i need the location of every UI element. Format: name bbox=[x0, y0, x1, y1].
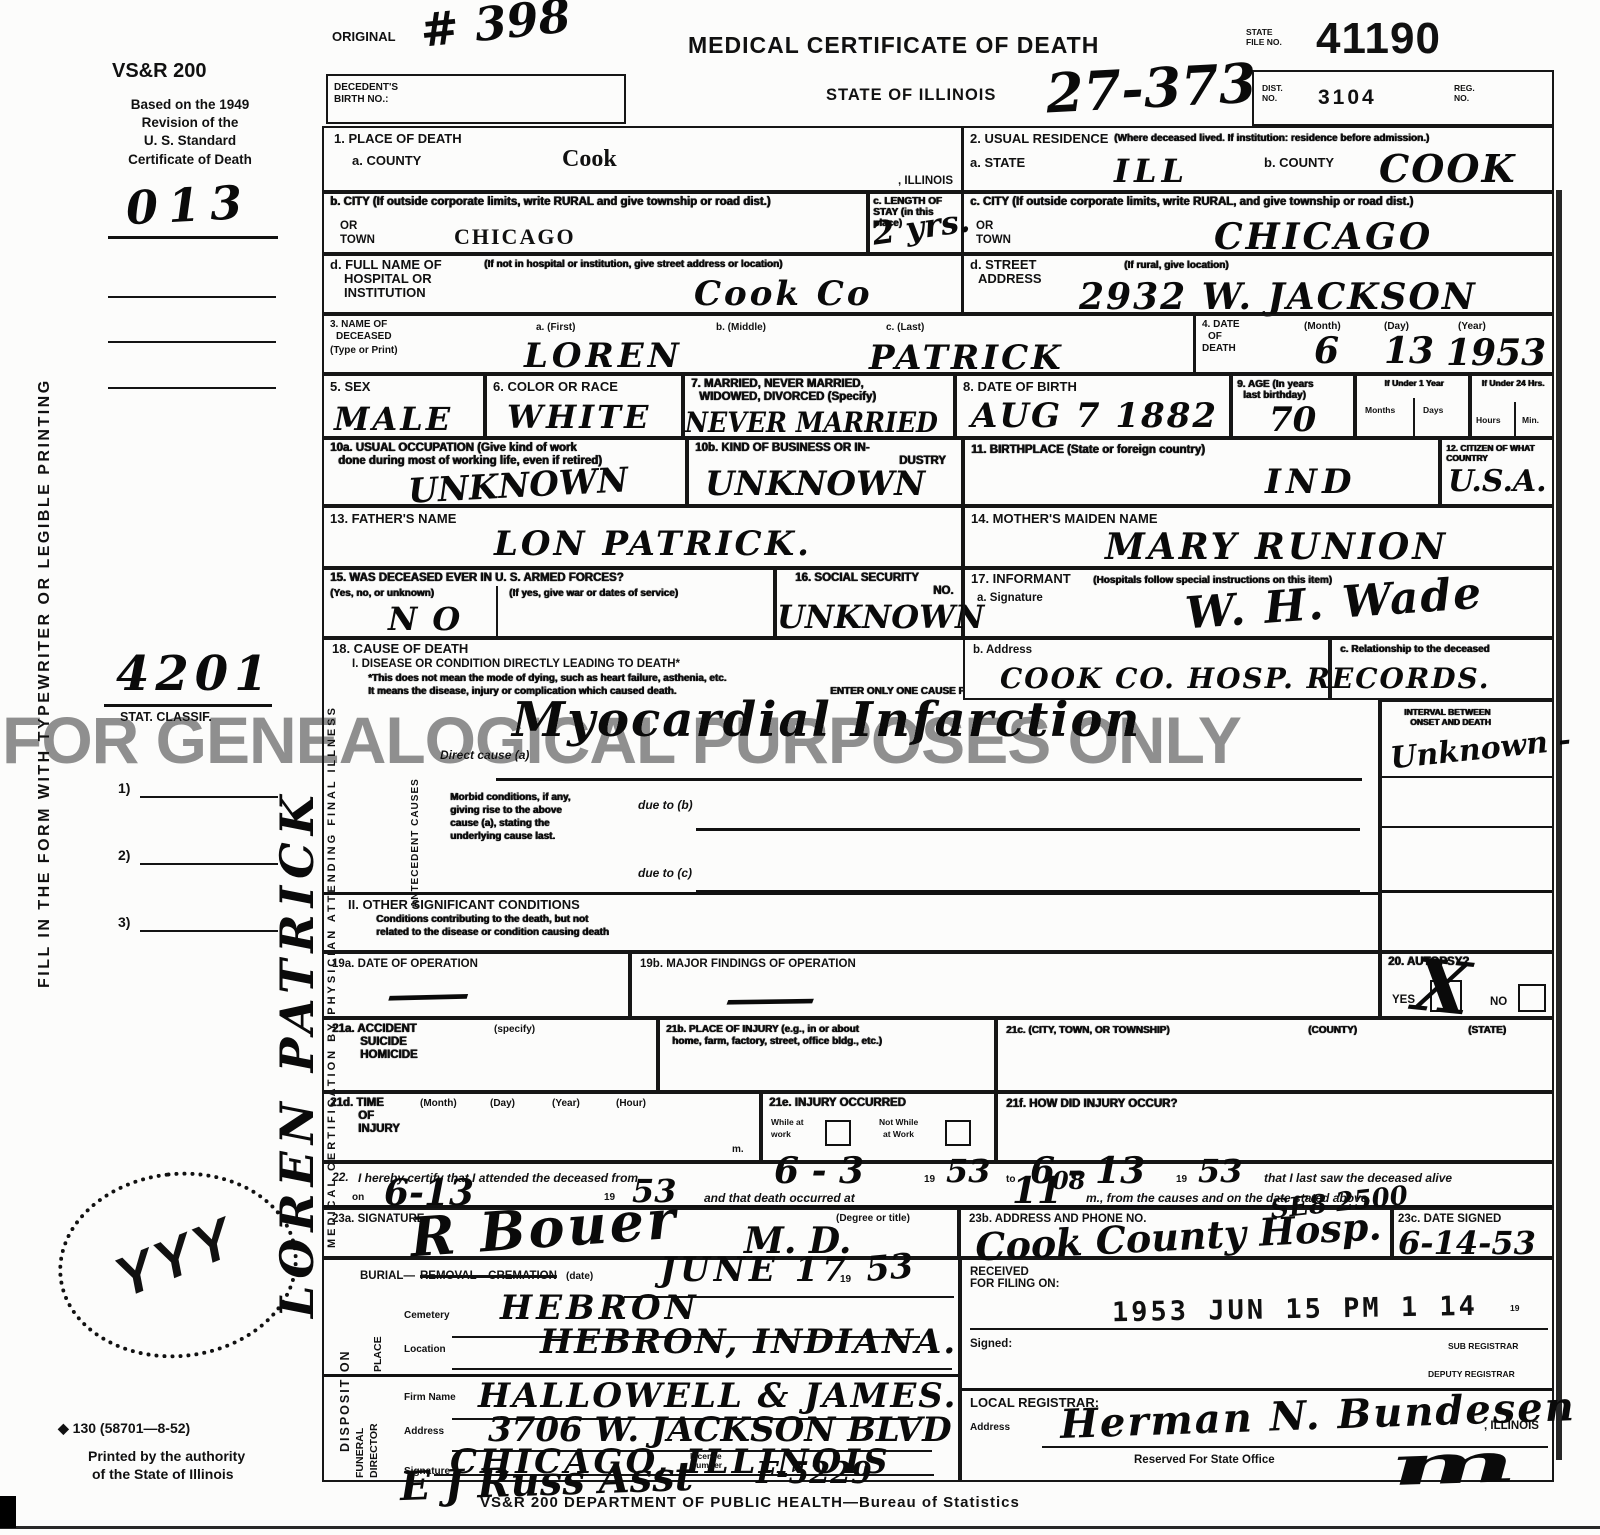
original-label: ORIGINAL bbox=[332, 30, 396, 45]
other-conditions-note-2: related to the disease or condition caus… bbox=[376, 927, 609, 938]
occupation-label-1: 10a. USUAL OCCUPATION (Give kind of work bbox=[330, 442, 577, 455]
other-conditions-note-1: Conditions contributing to the death, bu… bbox=[376, 914, 588, 925]
revision-line-4: Certificate of Death bbox=[88, 151, 292, 169]
blank-line bbox=[140, 796, 278, 798]
cause-title: 18. CAUSE OF DEATH bbox=[332, 642, 468, 657]
place-city-cell: b. CITY (If outside corporate limits, wr… bbox=[322, 192, 868, 254]
certify-year-b: 53 bbox=[1198, 1152, 1243, 1190]
divider bbox=[1413, 398, 1415, 436]
morbid-note-3: cause (a), stating the bbox=[450, 818, 549, 829]
certify-text-3: and that death occurred at bbox=[704, 1191, 855, 1205]
residence-note: (Where deceased lived. If institution: r… bbox=[1114, 133, 1544, 144]
birthplace-value: IND bbox=[1265, 462, 1356, 502]
divider bbox=[1514, 402, 1516, 436]
dod-year-value: 1953 bbox=[1446, 332, 1546, 374]
interval-line-a bbox=[1382, 776, 1552, 778]
injury-county-header: (COUNTY) bbox=[1308, 1025, 1357, 1036]
reg-label-2: NO. bbox=[1454, 94, 1469, 103]
accident-label-1: 21a. ACCIDENT bbox=[332, 1023, 417, 1036]
industry-cell: 10b. KIND OF BUSINESS OR IN- DUSTRY UNKN… bbox=[687, 438, 963, 506]
revision-note: Based on the 1949 Revision of the U. S. … bbox=[88, 96, 292, 169]
birth-no-label-1: DECEDENT'S bbox=[334, 82, 398, 93]
place-county-value: Cook bbox=[562, 146, 617, 173]
filing-stamp-suffix: 19 bbox=[1510, 1304, 1519, 1313]
citizen-label-1: 12. CITIZEN OF WHAT bbox=[1446, 444, 1535, 453]
informant-address-label: b. Address bbox=[973, 644, 1032, 657]
occupation-value: UNKNOWN bbox=[407, 460, 629, 511]
receipt-stamp-text: YYY bbox=[105, 1203, 244, 1310]
certify-year-a: 53 bbox=[946, 1152, 991, 1190]
blank-line bbox=[104, 704, 272, 707]
name-label-3: (Type or Print) bbox=[330, 345, 398, 356]
mother-name-cell: 14. MOTHER'S MAIDEN NAME MARY RUNION bbox=[963, 506, 1554, 568]
reserved-label: Reserved For State Office bbox=[1134, 1454, 1275, 1467]
how-injury-label: 21f. HOW DID INJURY OCCUR? bbox=[1006, 1098, 1177, 1111]
date-signed-cell: 23c. DATE SIGNED 6-14-53 bbox=[1392, 1208, 1554, 1258]
injury-city-header: 21c. (CITY, TOWN, OR TOWNSHIP) bbox=[1006, 1025, 1170, 1036]
days-label: Days bbox=[1423, 406, 1443, 415]
birthplace-cell: 11. BIRTHPLACE (State or foreign country… bbox=[963, 438, 1440, 506]
place-or-label: OR bbox=[340, 220, 357, 233]
antecedent-causes-vertical: ANTECEDENT CAUSES bbox=[410, 778, 421, 908]
funeral-vertical-2: DIRECTOR bbox=[368, 1423, 380, 1478]
direct-cause-label: Direct cause (a) bbox=[440, 748, 529, 762]
residence-city-label: c. CITY (If outside corporate limits, wr… bbox=[970, 196, 1530, 209]
registrar-address-label: Address bbox=[970, 1422, 1010, 1433]
dod-label-1: 4. DATE bbox=[1202, 319, 1240, 330]
blank-line bbox=[108, 296, 276, 298]
relationship-label: c. Relationship to the deceased bbox=[1340, 644, 1540, 655]
interval-column: INTERVAL BETWEEN ONSET AND DEATH Unknown… bbox=[1380, 700, 1554, 952]
citizen-cell: 12. CITIZEN OF WHAT COUNTRY U.S.A. bbox=[1440, 438, 1554, 506]
revision-line-2: Revision of the bbox=[88, 114, 292, 132]
interval-line-c bbox=[1382, 890, 1552, 893]
location-value: HEBRON, INDIANA. bbox=[540, 1322, 957, 1362]
armed-forces-label: 15. WAS DECEASED EVER IN U. S. ARMED FOR… bbox=[330, 572, 624, 585]
certify-text-2: that I last saw the deceased alive bbox=[1264, 1171, 1452, 1185]
mother-label: 14. MOTHER'S MAIDEN NAME bbox=[971, 512, 1158, 527]
ssn-label-1: 16. SOCIAL SECURITY bbox=[795, 572, 919, 585]
name-of-deceased-cell: 3. NAME OF DECEASED (Type or Print) a. (… bbox=[322, 314, 1195, 374]
blank-item-1: 1) bbox=[118, 780, 130, 796]
date-of-operation-cell: 19a. DATE OF OPERATION — bbox=[322, 952, 630, 1018]
residence-state-label: a. STATE bbox=[970, 156, 1025, 171]
sex-label: 5. SEX bbox=[330, 380, 370, 395]
date-of-birth-cell: 8. DATE OF BIRTH AUG 7 1882 bbox=[955, 374, 1231, 438]
morbid-note-1: Morbid conditions, if any, bbox=[450, 792, 570, 803]
race-cell: 6. COLOR OR RACE WHITE bbox=[485, 374, 683, 438]
dod-label-3: DEATH bbox=[1202, 343, 1236, 354]
informant-address-value: COOK CO. HOSP. RECORDS. bbox=[1000, 662, 1490, 695]
marital-label-1: 7. MARRIED, NEVER MARRIED, bbox=[691, 378, 864, 391]
citizen-label-2: COUNTRY bbox=[1446, 454, 1488, 463]
injury-m-label: m. bbox=[732, 1144, 744, 1155]
father-value: LON PATRICK. bbox=[494, 524, 812, 564]
direct-cause-line bbox=[496, 778, 1362, 781]
accident-label-3: HOMICIDE bbox=[360, 1049, 418, 1062]
injury-year-header: (Year) bbox=[552, 1098, 580, 1109]
state-of-illinois: STATE OF ILLINOIS bbox=[826, 86, 996, 105]
dist-label-1: DIST. bbox=[1262, 84, 1283, 93]
birth-no-label-2: BIRTH NO.: bbox=[334, 94, 388, 105]
license-value: F-5229 bbox=[756, 1456, 872, 1491]
printed-by-line-1: Printed by the authority bbox=[88, 1448, 245, 1464]
place-town-label: TOWN bbox=[340, 234, 375, 247]
residence-county-label: b. COUNTY bbox=[1264, 156, 1334, 171]
interval-label-2: ONSET AND DEATH bbox=[1410, 718, 1491, 727]
section-divider bbox=[324, 892, 1378, 895]
occupation-cell: 10a. USUAL OCCUPATION (Give kind of work… bbox=[322, 438, 687, 506]
date-of-operation-label: 19a. DATE OF OPERATION bbox=[332, 958, 478, 971]
morbid-note-4: underlying cause last. bbox=[450, 831, 555, 842]
margin-name-vertical: LOREN PATRICK bbox=[270, 788, 324, 1318]
morbid-note-2: giving rise to the above bbox=[450, 805, 562, 816]
injury-hour-header: (Hour) bbox=[616, 1098, 646, 1109]
blank-item-2: 2) bbox=[118, 847, 130, 863]
other-conditions-title: II. OTHER SIGNIFICANT CONDITIONS bbox=[348, 898, 580, 913]
dist-label-2: NO. bbox=[1262, 94, 1277, 103]
race-label: 6. COLOR OR RACE bbox=[493, 380, 618, 395]
name-label-1: 3. NAME OF bbox=[330, 319, 387, 330]
place-vertical: PLACE bbox=[372, 1336, 384, 1372]
certify-19-b: 19 bbox=[1176, 1174, 1187, 1185]
dist-number: 3104 bbox=[1318, 86, 1377, 110]
decedent-birth-no-box: DECEDENT'S BIRTH NO.: bbox=[326, 74, 626, 124]
autopsy-no-checkbox[interactable] bbox=[1518, 984, 1546, 1012]
street-value: 2932 W. JACKSON bbox=[1079, 276, 1477, 318]
time-of-injury-label-1: 21d. TIME bbox=[330, 1097, 384, 1110]
injury-location-cell: 21c. (CITY, TOWN, OR TOWNSHIP) (COUNTY) … bbox=[996, 1018, 1554, 1092]
place-county-label: a. COUNTY bbox=[352, 154, 421, 169]
divider bbox=[496, 586, 498, 638]
months-label: Months bbox=[1365, 406, 1395, 415]
findings-value: — bbox=[720, 975, 820, 1023]
marital-value: NEVER MARRIED bbox=[685, 406, 938, 439]
age-cell: 9. AGE (In years last birthday) 70 bbox=[1231, 374, 1355, 438]
sub-registrar-label: SUB REGISTRAR bbox=[1448, 1342, 1518, 1351]
received-label-2: FOR FILING ON: bbox=[970, 1278, 1059, 1291]
injury-occurred-label: 21e. INJURY OCCURRED bbox=[769, 1097, 906, 1110]
district-box: DIST. NO. 3104 REG. NO. bbox=[1252, 70, 1554, 126]
dod-year-header: (Year) bbox=[1458, 321, 1486, 332]
race-value: WHITE bbox=[507, 398, 651, 436]
under-24-hrs-label: If Under 24 Hrs. bbox=[1475, 379, 1551, 388]
birthplace-label: 11. BIRTHPLACE (State or foreign country… bbox=[971, 444, 1205, 457]
scan-corner-artifact bbox=[0, 1496, 16, 1528]
place-of-death-cell: 1. PLACE OF DEATH a. COUNTY Cook , ILLIN… bbox=[322, 126, 963, 192]
due-to-c-label: due to (c) bbox=[638, 866, 692, 880]
while-at-work-label-2: work bbox=[771, 1130, 791, 1139]
marital-status-cell: 7. MARRIED, NEVER MARRIED, WIDOWED, DIVO… bbox=[683, 374, 955, 438]
certify-on-word: on bbox=[352, 1192, 364, 1203]
citizen-value: U.S.A. bbox=[1448, 464, 1547, 499]
under-1-year-cell: If Under 1 Year Months Days bbox=[1355, 374, 1470, 438]
age-label-1: 9. AGE (In years bbox=[1237, 379, 1313, 390]
armed-forces-value: N O bbox=[388, 600, 462, 638]
dod-label-2: OF bbox=[1208, 331, 1222, 342]
name-label-2: DECEASED bbox=[336, 331, 392, 342]
state-file-number: 41190 bbox=[1316, 14, 1441, 64]
cemetery-label: Cemetery bbox=[404, 1310, 450, 1321]
place-of-injury-label-2: home, farm, factory, street, office bldg… bbox=[672, 1036, 882, 1047]
place-of-injury-label-1: 21b. PLACE OF INJURY (e.g., in or about bbox=[666, 1024, 859, 1035]
blank-line bbox=[140, 863, 278, 865]
middle-name-header: b. (Middle) bbox=[716, 322, 766, 333]
findings-cell: 19b. MAJOR FINDINGS OF OPERATION — bbox=[630, 952, 1380, 1018]
print-code: ◆ 130 (58701—8-52) bbox=[58, 1420, 190, 1437]
certify-from-date: 6 - 3 bbox=[774, 1150, 864, 1192]
certify-number: 22. bbox=[332, 1170, 349, 1184]
state-file-label-2: FILE NO. bbox=[1246, 38, 1282, 47]
place-illinois: , ILLINOIS bbox=[898, 175, 953, 188]
usual-residence-cell: 2. USUAL RESIDENCE (Where deceased lived… bbox=[962, 126, 1554, 192]
direct-cause-value: Myocardial Infarction bbox=[512, 692, 1141, 748]
time-of-injury-label-2: OF bbox=[358, 1110, 374, 1123]
cause-part1: I. DISEASE OR CONDITION DIRECTLY LEADING… bbox=[352, 658, 680, 671]
state-file-label-1: STATE bbox=[1246, 28, 1273, 37]
license-label-2: Number bbox=[690, 1461, 722, 1470]
street-address-cell: d. STREET ADDRESS (If rural, give locati… bbox=[962, 254, 1554, 314]
receipt-stamp-circle: YYY bbox=[49, 1160, 307, 1370]
injury-state-header: (STATE) bbox=[1468, 1025, 1506, 1036]
ssn-cell: 16. SOCIAL SECURITY NO. UNKNOWN bbox=[775, 568, 963, 638]
place-city-label: b. CITY (If outside corporate limits, wr… bbox=[330, 196, 860, 209]
sex-value: MALE bbox=[334, 400, 453, 438]
filing-line bbox=[970, 1328, 1548, 1330]
revision-line-3: U. S. Standard bbox=[88, 132, 292, 150]
dod-month-value: 6 bbox=[1314, 330, 1339, 372]
form-code: VS&R 200 bbox=[112, 60, 207, 83]
dob-value: AUG 7 1882 bbox=[971, 396, 1218, 436]
informant-label: 17. INFORMANT bbox=[971, 572, 1071, 587]
interval-line-b bbox=[1382, 826, 1552, 828]
first-name-value: LOREN bbox=[524, 336, 683, 376]
handwritten-registration-number: 27-373 bbox=[1044, 51, 1257, 126]
handwritten-doc-number: # 398 bbox=[418, 0, 573, 58]
date-of-operation-value: — bbox=[381, 970, 474, 1019]
death-certificate-sheet: FOR GENEALOGICAL PURPOSES ONLY VS&R 200 … bbox=[0, 0, 1600, 1535]
sex-cell: 5. SEX MALE bbox=[322, 374, 485, 438]
handwritten-code-013: 013 bbox=[125, 175, 254, 236]
residence-city-cell: c. CITY (If outside corporate limits, wr… bbox=[962, 192, 1554, 254]
while-at-work-label-1: While at bbox=[771, 1118, 804, 1127]
blank-line bbox=[140, 930, 278, 932]
informant-signature-label: a. Signature bbox=[977, 592, 1043, 605]
hospital-label-3: INSTITUTION bbox=[344, 286, 426, 301]
signed-label: Signed: bbox=[970, 1338, 1012, 1351]
funeral-vertical-1: FUNERAL bbox=[354, 1428, 366, 1478]
disposition-vertical: DISPOSITION bbox=[338, 1349, 352, 1452]
informant-cell: 17. INFORMANT (Hospitals follow special … bbox=[963, 568, 1554, 638]
place-of-injury-cell: 21b. PLACE OF INJURY (e.g., in or about … bbox=[658, 1018, 996, 1092]
street-note: (If rural, give location) bbox=[1124, 260, 1228, 271]
firm-name-label: Firm Name bbox=[404, 1392, 456, 1403]
revision-line-1: Based on the 1949 bbox=[88, 96, 292, 114]
scan-edge-artifact bbox=[1556, 190, 1562, 1460]
last-name-value: PATRICK bbox=[869, 338, 1064, 378]
father-name-cell: 13. FATHER'S NAME LON PATRICK. bbox=[322, 506, 963, 568]
date-signed-value: 6-14-53 bbox=[1398, 1224, 1536, 1262]
armed-forces-sub-2: (If yes, give war or dates of service) bbox=[509, 588, 678, 599]
burial-label-1: BURIAL— bbox=[360, 1270, 415, 1283]
stat-classif-value: 4201 bbox=[116, 646, 274, 702]
marital-label-2: WIDOWED, DIVORCED (Specify) bbox=[699, 391, 876, 404]
certify-19-a: 19 bbox=[924, 1174, 935, 1185]
first-name-header: a. (First) bbox=[536, 322, 575, 333]
under-1-year-label: If Under 1 Year bbox=[1360, 379, 1468, 388]
filing-date-stamp: 1953 JUN 15 PM 1 14 bbox=[1112, 1291, 1478, 1328]
burial-date-value: JUNE 17 bbox=[660, 1250, 850, 1290]
injury-month-header: (Month) bbox=[420, 1098, 457, 1109]
under-24-hrs-cell: If Under 24 Hrs. Hours Min. bbox=[1470, 374, 1554, 438]
mother-value: MARY RUNION bbox=[1105, 526, 1448, 568]
hospital-note: (If not in hospital or institution, give… bbox=[484, 259, 782, 270]
findings-label: 19b. MAJOR FINDINGS OF OPERATION bbox=[640, 958, 856, 971]
location-line bbox=[452, 1368, 952, 1370]
burial-year-value: 53 bbox=[864, 1246, 915, 1290]
accident-suicide-cell: 21a. ACCIDENT SUICIDE HOMICIDE (specify) bbox=[322, 1018, 658, 1092]
cause-note-1: *This does not mean the mode of dying, s… bbox=[368, 673, 726, 684]
printed-by-line-2: of the State of Illinois bbox=[92, 1466, 234, 1482]
blank-line bbox=[108, 236, 278, 239]
due-to-b-line bbox=[696, 828, 1360, 831]
dob-label: 8. DATE OF BIRTH bbox=[963, 380, 1077, 395]
injury-day-header: (Day) bbox=[490, 1098, 515, 1109]
residence-city-value: CHICAGO bbox=[1214, 216, 1433, 258]
while-at-work-checkbox[interactable] bbox=[825, 1120, 851, 1146]
place-city-value: CHICAGO bbox=[454, 224, 576, 250]
due-to-b-label: due to (b) bbox=[638, 798, 693, 812]
min-label: Min. bbox=[1522, 416, 1539, 425]
last-name-header: c. (Last) bbox=[886, 322, 924, 333]
scan-bottom-line bbox=[0, 1526, 1600, 1529]
father-label: 13. FATHER'S NAME bbox=[330, 512, 456, 527]
date-of-death-cell: 4. DATE OF DEATH (Month) (Day) (Year) 6 … bbox=[1194, 314, 1554, 374]
accident-specify-label: (specify) bbox=[494, 1024, 535, 1035]
state-office-mark: m bbox=[1385, 1430, 1520, 1498]
dod-day-value: 13 bbox=[1384, 330, 1434, 372]
not-at-work-label-2: at Work bbox=[883, 1130, 914, 1139]
burial-label-struck: REMOVAL—CREMATION bbox=[420, 1270, 557, 1283]
industry-label-1: 10b. KIND OF BUSINESS OR IN- bbox=[695, 442, 869, 455]
autopsy-no-label: NO bbox=[1490, 996, 1507, 1009]
residence-title: 2. USUAL RESIDENCE bbox=[970, 132, 1108, 147]
armed-forces-sub-1: (Yes, no, or unknown) bbox=[330, 588, 434, 599]
residence-state-value: ILL bbox=[1114, 152, 1189, 190]
accident-label-2: SUICIDE bbox=[360, 1036, 407, 1049]
blank-line bbox=[108, 387, 276, 389]
margin-instruction-vertical: FILL IN THE FORM WITH TYPEWRITER OR LEGI… bbox=[36, 378, 54, 988]
time-of-injury-label-3: INJURY bbox=[358, 1123, 400, 1136]
not-at-work-label-1: Not While bbox=[879, 1118, 918, 1127]
hospital-value: Cook Co bbox=[694, 274, 873, 314]
autopsy-yes-mark: X bbox=[1410, 941, 1474, 1031]
certificate-title: MEDICAL CERTIFICATE OF DEATH bbox=[688, 32, 1099, 59]
deputy-registrar-label: DEPUTY REGISTRAR bbox=[1428, 1370, 1515, 1379]
fd-address-label: Address bbox=[404, 1426, 444, 1437]
armed-forces-cell: 15. WAS DECEASED EVER IN U. S. ARMED FOR… bbox=[322, 568, 775, 638]
ssn-value: UNKNOWN bbox=[777, 598, 984, 636]
time-of-injury-cell: 21d. TIME OF INJURY (Month) (Day) (Year)… bbox=[322, 1092, 761, 1162]
street-label-2: ADDRESS bbox=[978, 272, 1042, 287]
stat-classif-label: STAT. CLASSIF. bbox=[120, 710, 212, 724]
residence-or-label: OR bbox=[976, 220, 993, 233]
blank-item-3: 3) bbox=[118, 914, 130, 930]
reg-label-1: REG. bbox=[1454, 84, 1475, 93]
interval-label-1: INTERVAL BETWEEN bbox=[1404, 708, 1490, 717]
blank-line bbox=[108, 341, 276, 343]
residence-town-label: TOWN bbox=[976, 234, 1011, 247]
not-at-work-checkbox[interactable] bbox=[945, 1120, 971, 1146]
hours-label: Hours bbox=[1476, 416, 1501, 425]
place-title: 1. PLACE OF DEATH bbox=[334, 132, 462, 147]
industry-value: UNKNOWN bbox=[705, 464, 925, 504]
certify-time-min: 08 bbox=[1052, 1166, 1085, 1195]
ssn-label-2: NO. bbox=[933, 585, 953, 598]
burial-date-header: (date) bbox=[566, 1271, 593, 1282]
interval-value: Unknown - bbox=[1389, 723, 1573, 777]
location-label: Location bbox=[404, 1344, 446, 1355]
residence-county-value: COOK bbox=[1379, 146, 1516, 191]
hospital-cell: d. FULL NAME OF HOSPITAL OR INSTITUTION … bbox=[322, 254, 963, 314]
age-value: 70 bbox=[1269, 400, 1316, 440]
